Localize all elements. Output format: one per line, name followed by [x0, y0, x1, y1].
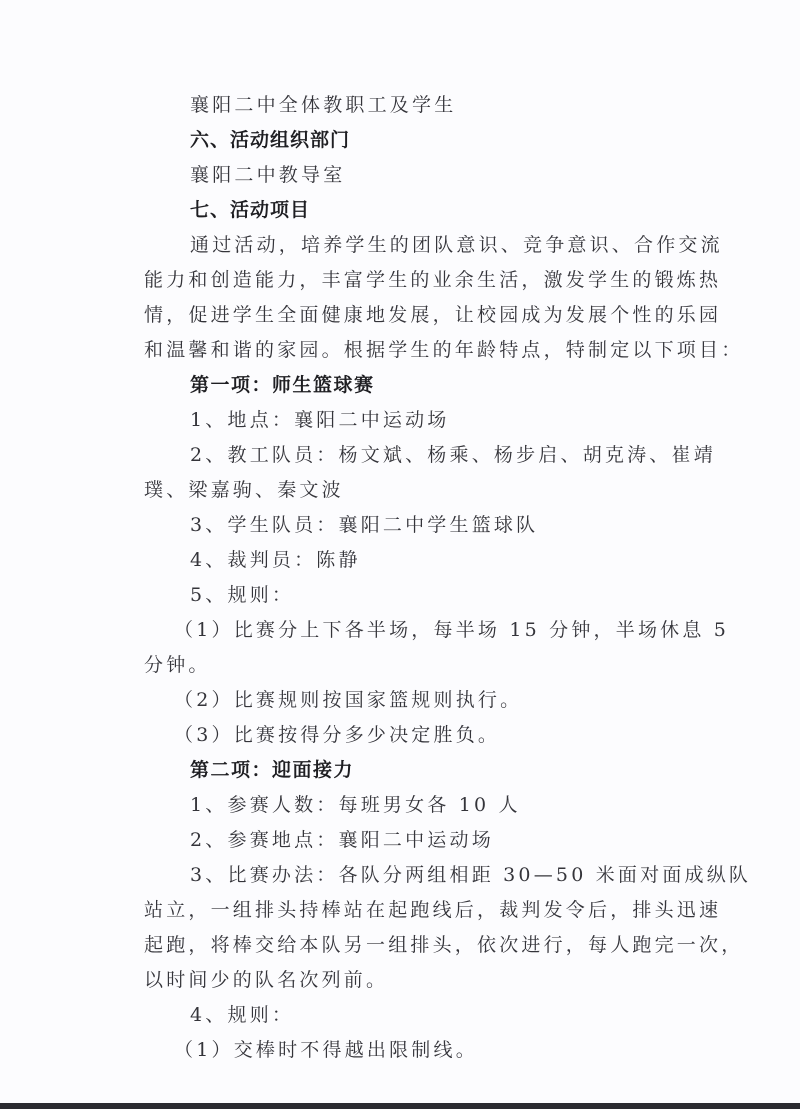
rule-item: （1）交棒时不得越出限制线。: [144, 1033, 684, 1068]
scanned-page: 襄阳二中全体教职工及学生 六、活动组织部门 襄阳二中教导室 七、活动项目 通过活…: [0, 0, 800, 1103]
section-heading-activities: 七、活动项目: [144, 193, 684, 228]
scan-bottom-edge: [0, 1103, 800, 1109]
list-item: 5、规则：: [144, 578, 684, 613]
item-heading-relay: 第二项：迎面接力: [144, 753, 684, 788]
item-heading-basketball: 第一项：师生篮球赛: [144, 368, 684, 403]
rule-item: （1）比赛分上下各半场，每半场 15 分钟，半场休息 5: [144, 613, 684, 648]
paragraph-line: 和温馨和谐的家园。根据学生的年龄特点，特制定以下项目：: [144, 333, 684, 368]
list-item-continuation: 站立，一组排头持棒站在起跑线后，裁判发令后，排头迅速: [144, 893, 684, 928]
list-item: 1、参赛人数：每班男女各 10 人: [144, 788, 684, 823]
rule-item: （2）比赛规则按国家篮规则执行。: [144, 683, 684, 718]
rule-item-continuation: 分钟。: [144, 648, 684, 683]
list-item: 3、比赛办法：各队分两组相距 30—50 米面对面成纵队: [144, 858, 684, 893]
list-item: 4、裁判员：陈静: [144, 543, 684, 578]
list-item-continuation: 起跑，将棒交给本队另一组排头，依次进行，每人跑完一次，: [144, 928, 684, 963]
participants-text: 襄阳二中全体教职工及学生: [144, 88, 684, 123]
paragraph-line: 情，促进学生全面健康地发展，让校园成为发展个性的乐园: [144, 298, 684, 333]
list-item: 2、参赛地点：襄阳二中运动场: [144, 823, 684, 858]
paragraph-line: 能力和创造能力，丰富学生的业余生活，激发学生的锻炼热: [144, 263, 684, 298]
document-body: 襄阳二中全体教职工及学生 六、活动组织部门 襄阳二中教导室 七、活动项目 通过活…: [144, 88, 684, 1068]
list-item-continuation: 璞、梁嘉驹、秦文波: [144, 473, 684, 508]
list-item: 4、规则：: [144, 998, 684, 1033]
paragraph-line: 通过活动，培养学生的团队意识、竞争意识、合作交流: [144, 228, 684, 263]
rule-item: （3）比赛按得分多少决定胜负。: [144, 718, 684, 753]
section-heading-organizer: 六、活动组织部门: [144, 123, 684, 158]
list-item: 3、学生队员：襄阳二中学生篮球队: [144, 508, 684, 543]
organizer-text: 襄阳二中教导室: [144, 158, 684, 193]
list-item: 1、地点：襄阳二中运动场: [144, 403, 684, 438]
list-item: 2、教工队员：杨文斌、杨乘、杨步启、胡克涛、崔靖: [144, 438, 684, 473]
list-item-continuation: 以时间少的队名次列前。: [144, 963, 684, 998]
